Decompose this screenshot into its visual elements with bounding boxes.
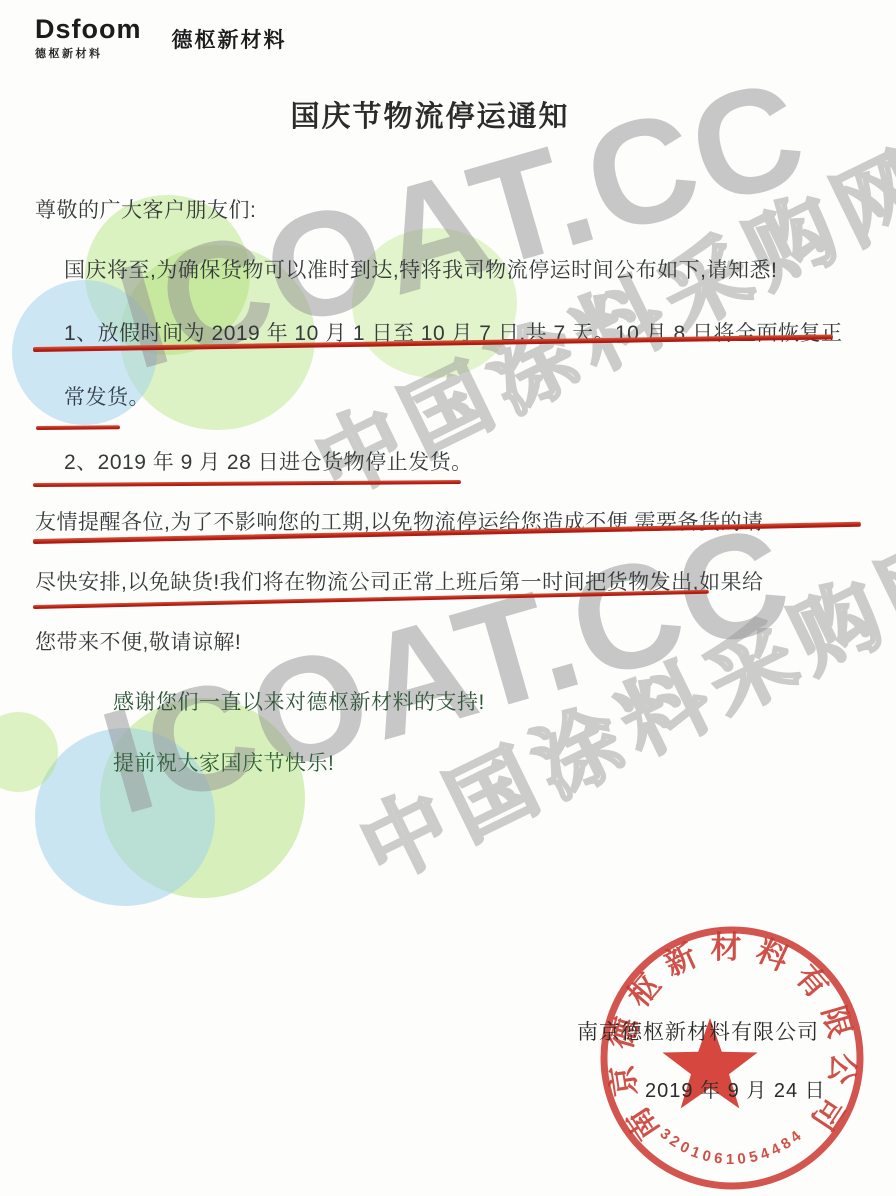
notice-title: 国庆节物流停运通知 [0, 94, 860, 135]
holiday-item1-line2: 常发货。 [64, 381, 150, 411]
scanned-notice-page: ICOAT.CC 中国涂料采购网 ICOAT.CC 中国涂料采购网 Dsfoom… [0, 0, 896, 1196]
logo-brand-subtext: 德枢新材料 [35, 45, 142, 61]
logo-company-name: 德枢新材料 [172, 24, 287, 54]
red-underline-item2 [33, 480, 461, 487]
signature-date: 2019 年 9 月 24 日 [645, 1074, 826, 1103]
company-seal-stamp: 南京德枢新材料有限公司 3201061054484 [582, 918, 882, 1196]
decor-circle-green [352, 228, 517, 378]
seal-serial-number: 3201061054484 [656, 1125, 807, 1168]
holiday-item2: 2、2019 年 9 月 28 日进仓货物停止发货。 [64, 446, 473, 476]
salutation-line: 尊敬的广大客户朋友们: [35, 194, 256, 224]
logo-wordmark: Dsfoom 德枢新材料 [35, 16, 142, 61]
thanks-line: 感谢您们一直以来对德枢新材料的支持! [113, 686, 485, 716]
signature-company-name: 南京德枢新材料有限公司 [577, 1016, 819, 1046]
logo-brand-text: Dsfoom [35, 16, 142, 43]
intro-line: 国庆将至,为确保货物可以准时到达,特将我司物流停运时间公布如下,请知悉! [64, 254, 777, 284]
company-logo: Dsfoom 德枢新材料 德枢新材料 [35, 16, 287, 61]
red-underline-item1-cont [36, 425, 120, 430]
reminder-line3: 您带来不便,敬请谅解! [35, 626, 241, 656]
wish-line: 提前祝大家国庆节快乐! [113, 747, 334, 777]
